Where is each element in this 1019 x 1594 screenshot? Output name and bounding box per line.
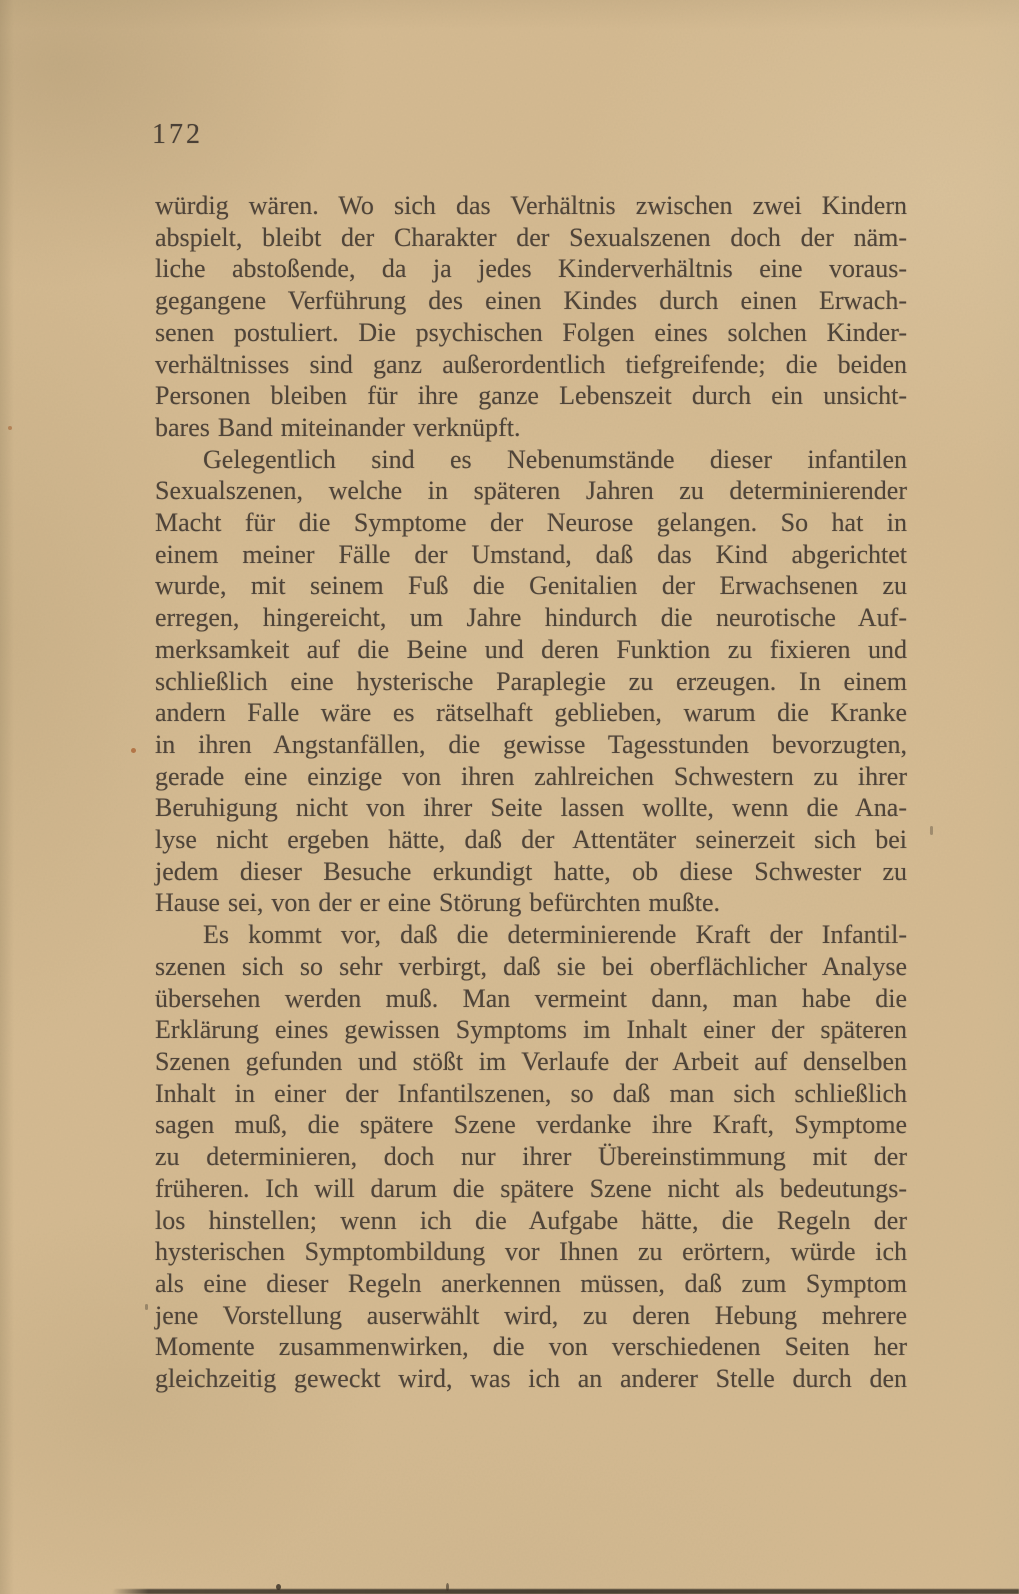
text-line: verhältnisses sind ganz außerordentlich … — [155, 349, 907, 381]
text-line: jene Vorstellung auserwählt wird, zu der… — [155, 1300, 907, 1332]
text-line: abspielt, bleibt der Charakter der Sexua… — [155, 222, 907, 254]
text-line: Es kommt vor, daß die determinierende Kr… — [155, 919, 907, 951]
text-line: merksamkeit auf die Beine und deren Funk… — [155, 634, 907, 666]
text-line: lyse nicht ergeben hätte, daß der Attent… — [155, 824, 907, 856]
text-line: Erklärung eines gewissen Symptoms im Inh… — [155, 1014, 907, 1046]
text-line: sagen muß, die spätere Szene verdanke ih… — [155, 1109, 907, 1141]
text-line: zu determinieren, doch nur ihrer Überein… — [155, 1141, 907, 1173]
text-line: gleichzeitig geweckt wird, was ich an an… — [155, 1363, 907, 1395]
text-line: senen postuliert. Die psychischen Folgen… — [155, 317, 907, 349]
text-line: Inhalt in einer der Infantilszenen, so d… — [155, 1078, 907, 1110]
text-line: früheren. Ich will darum die spätere Sze… — [155, 1173, 907, 1205]
text-line: Macht für die Symptome der Neurose gelan… — [155, 507, 907, 539]
text-line: würdig wären. Wo sich das Verhältnis zwi… — [155, 190, 907, 222]
text-line: wurde, mit seinem Fuß die Genitalien der… — [155, 570, 907, 602]
text-line: schließlich eine hysterische Paraplegie … — [155, 666, 907, 698]
text-line: erregen, hingereicht, um Jahre hindurch … — [155, 602, 907, 634]
text-line: als eine dieser Regeln anerkennen müssen… — [155, 1268, 907, 1300]
text-line: Personen bleiben für ihre ganze Lebensze… — [155, 380, 907, 412]
text-line: gegangene Verführung des einen Kindes du… — [155, 285, 907, 317]
page-number: 172 — [152, 119, 203, 151]
scanned-book-page: { "page": { "number": "172", "paper_colo… — [0, 0, 1019, 1594]
text-line: szenen sich so sehr verbirgt, daß sie be… — [155, 951, 907, 983]
text-line: hysterischen Symptombildung vor Ihnen zu… — [155, 1236, 907, 1268]
body-text: würdig wären. Wo sich das Verhältnis zwi… — [155, 190, 907, 1395]
text-line: Gelegentlich sind es Nebenumstände diese… — [155, 444, 907, 476]
text-line: Hause sei, von der er eine Störung befür… — [155, 887, 907, 919]
text-line: in ihren Angstanfällen, die gewisse Tage… — [155, 729, 907, 761]
text-line: gerade eine einzige von ihren zahlreiche… — [155, 761, 907, 793]
text-line: los hinstellen; wenn ich die Aufgabe hät… — [155, 1205, 907, 1237]
page-bottom-edge-shadow — [112, 1589, 1019, 1594]
text-line: andern Falle wäre es rätselhaft gebliebe… — [155, 697, 907, 729]
text-line: übersehen werden muß. Man vermeint dann,… — [155, 983, 907, 1015]
text-line: jedem dieser Besuche erkundigt hatte, ob… — [155, 856, 907, 888]
text-line: Momente zusammenwirken, die von verschie… — [155, 1331, 907, 1363]
text-line: Sexualszenen, welche in späteren Jahren … — [155, 475, 907, 507]
text-line: Beruhigung nicht von ihrer Seite lassen … — [155, 792, 907, 824]
text-line: bares Band miteinander verknüpft. — [155, 412, 907, 444]
text-line: liche abstoßende, da ja jedes Kinderverh… — [155, 253, 907, 285]
text-line: einem meiner Fälle der Umstand, daß das … — [155, 539, 907, 571]
text-line: Szenen gefunden und stößt im Verlaufe de… — [155, 1046, 907, 1078]
